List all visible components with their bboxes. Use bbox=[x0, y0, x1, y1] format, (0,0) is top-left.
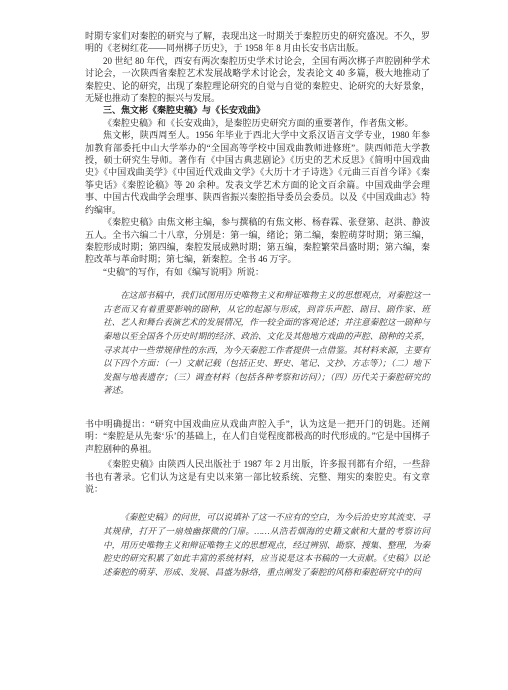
paragraph-author-bio: 焦文彬，陕西周至人。1956 年毕业于西北大学中文系汉语言文学专业，1980 年… bbox=[85, 129, 430, 216]
paragraph-book-thesis: 书中明确提出：“研究中国戏曲应从戏曲声腔入手”，认为这是一把开门的钥匙。还阐明：… bbox=[85, 418, 430, 455]
block-quote-review: 《秦腔史稿》的问世，可以说填补了这一不应有的空白，为今后治史穷其流变、寻其规律，… bbox=[103, 511, 430, 579]
paragraph-1980s-research: 20 世纪 80 年代，西安有两次秦腔历史学术讨论会，全国有两次梆子声腔剧种学术… bbox=[85, 55, 430, 105]
paragraph-shigao-overview: 《秦腔史稿》由焦文彬主编，参与撰稿的有焦文彬、杨春霖、张登第、赵洪、静波五人。全… bbox=[85, 216, 430, 266]
paragraph-quote-lead: “史稿”的写作，有如《编写说明》所说： bbox=[85, 266, 430, 278]
section-heading: 三、焦文彬《秦腔史稿》与《长安戏曲》 bbox=[85, 104, 430, 116]
paragraph-works-intro: 《秦腔史稿》和《长安戏曲》，是秦腔历史研究方面的重要著作，作者焦文彬。 bbox=[85, 117, 430, 129]
text-block: 时期专家们对秦腔的研究与了解，表现出这一时期关于秦腔历史的研究盛况。不久，罗明的… bbox=[85, 30, 430, 579]
paragraph-intro-continuation: 时期专家们对秦腔的研究与了解，表现出这一时期关于秦腔历史的研究盛况。不久，罗明的… bbox=[85, 30, 430, 55]
document-page: 时期专家们对秦腔的研究与了解，表现出这一时期关于秦腔历史的研究盛况。不久，罗明的… bbox=[0, 0, 508, 690]
paragraph-publication: 《秦腔史稿》由陕西人民出版社于 1987 年 2 月出版，许多报刊都有介绍，一些… bbox=[85, 458, 430, 495]
block-quote-bianxie-shuoming: 在这部书稿中，我们试图用历史唯物主义和辩证唯物主义的思想观点，对秦腔这一古老而又… bbox=[103, 289, 430, 398]
